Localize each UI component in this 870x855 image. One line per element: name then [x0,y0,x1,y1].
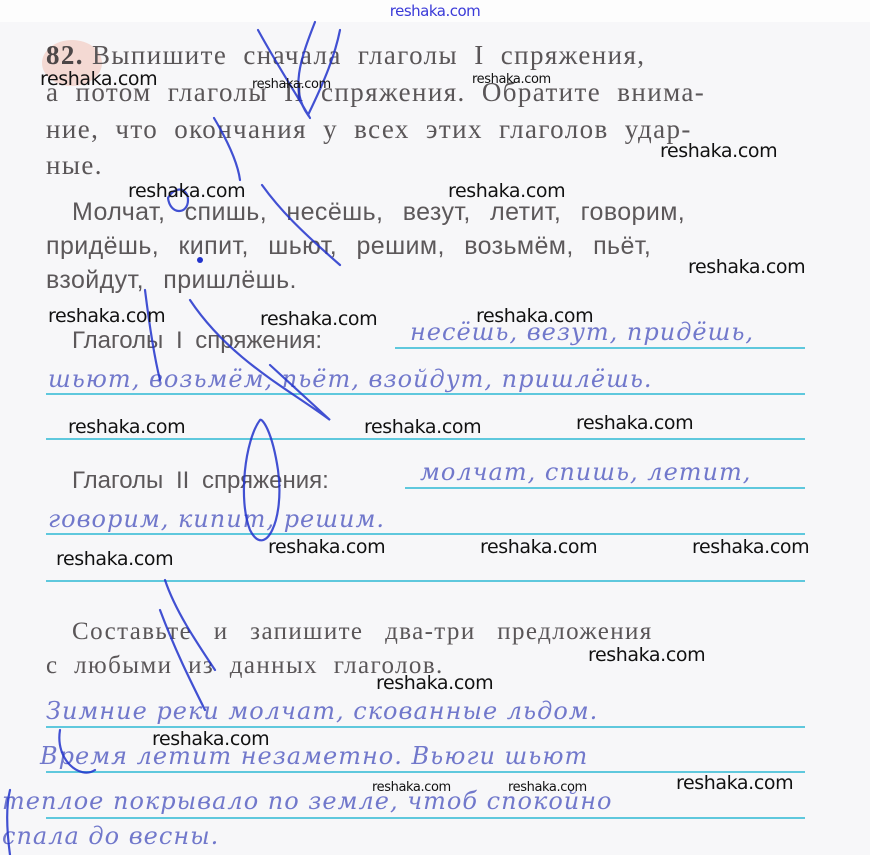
answer-line [46,438,805,440]
answer-line [395,347,805,349]
handwritten-sentence: Время летит незаметно. Вьюги шьют [40,742,588,770]
answer-line [46,533,805,535]
watermark: reshaka.com [48,305,165,327]
watermark: reshaka.com [692,536,809,558]
watermark: reshaka.com [152,728,269,750]
conj1-label: Глаголы I спряжения: [72,327,322,355]
handwritten-answer: молчат, спишь, летит, [420,458,751,486]
watermark: reshaka.com [588,644,705,666]
watermark: reshaka.com [480,536,597,558]
exercise-number: 82. [46,40,84,70]
watermark: reshaka.com [676,772,793,794]
watermark: reshaka.com [376,672,493,694]
watermark: reshaka.com [68,416,185,438]
answer-line [46,393,805,395]
watermark: reshaka.com [252,77,331,92]
handwritten-sentence: Зимние реки молчат, скованные льдом. [46,697,598,725]
word-list-line-1: Молчат, спишь, несёшь, везут, летит, гов… [72,198,812,227]
watermark: reshaka.com [56,548,173,570]
watermark: reshaka.com [260,308,377,330]
watermark: reshaka.com [472,72,551,87]
answer-line [405,487,805,489]
handwritten-answer: говорим, кипит, решим. [48,505,385,533]
watermark: reshaka.com [660,140,777,162]
watermark: reshaka.com [364,416,481,438]
watermark: reshaka.com [508,780,587,795]
watermark: reshaka.com [448,180,565,202]
watermark: reshaka.com [476,305,593,327]
watermark: reshaka.com [128,180,245,202]
conj2-label: Глаголы II спряжения: [72,467,329,495]
site-header-link[interactable]: reshaka.com [0,2,870,20]
handwritten-sentence: спала до весны. [2,822,219,850]
instruction-line-2: а потом глаголы II спряжения. Обратите в… [46,77,806,108]
answer-line [46,817,805,819]
watermark: reshaka.com [576,412,693,434]
instruction-line-1: 82.Выпишите сначала глаголы I спряжения, [46,40,806,71]
watermark: reshaka.com [40,68,157,90]
handwritten-answer: шьют, возьмём, пьёт, взойдут, пришлёшь. [48,365,653,393]
answer-line [46,580,805,582]
second-task-line-1: Составьте и запишите два-три предложения [72,618,812,646]
watermark: reshaka.com [688,256,805,278]
watermark: reshaka.com [268,536,385,558]
watermark: reshaka.com [372,780,451,795]
